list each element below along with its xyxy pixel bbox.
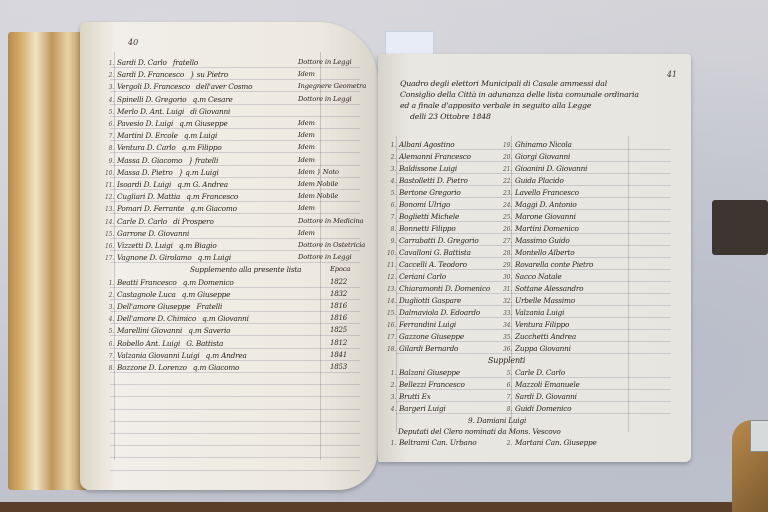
entry-number: 6.: [100, 340, 114, 349]
entry-name: Dell'amore Giuseppe: [117, 302, 190, 311]
list-item: 8.Ventura D. Carlo q.m Filippo: [100, 143, 300, 153]
list-item: 5.Bertone Gregorio: [382, 188, 507, 198]
entry-number: 3.: [100, 83, 114, 92]
entry-detail: } fratelli: [186, 156, 218, 165]
entry-number: 34.: [498, 321, 512, 330]
entry-detail: q.m Giovanni: [200, 314, 249, 323]
list-item: 10.Cavalloni G. Battista: [382, 248, 507, 258]
entry-number: 23.: [498, 189, 512, 198]
entry-name: Bozzone D. Lorenzo: [117, 363, 187, 372]
entry-name: Martini D. Ercole: [117, 131, 178, 140]
entry-name: Valzania Giovanni Luigi: [117, 351, 200, 360]
list-item: 35.Zucchetti Andrea: [498, 332, 623, 342]
entry-name: Marone Giovanni: [515, 212, 576, 221]
entry-number: 7.: [100, 132, 114, 141]
entry-detail: q.m Giacomo: [188, 204, 236, 213]
entry-detail: q.m Filippo: [180, 143, 222, 152]
ruled-line: [110, 396, 360, 397]
entry-number: 30.: [498, 273, 512, 282]
list-item: 15.Dalmaviola D. Edoardo: [382, 308, 507, 318]
entry-title: Idem: [298, 119, 315, 128]
entry-name: Bellezzi Francesco: [399, 380, 465, 389]
list-item: 16.Ferrandini Luigi: [382, 320, 507, 330]
list-item: 24.Maggi D. Antonio: [498, 200, 623, 210]
entry-name: Massa D. Pietro: [117, 168, 173, 177]
ruled-line: [110, 384, 360, 385]
page-number: 40: [128, 38, 138, 47]
entry-name: Sardi D. Giovanni: [515, 392, 577, 401]
entry-name: Albani Agostino: [399, 140, 454, 149]
entry-name: Ceriani Carlo: [399, 272, 446, 281]
list-item: 36.Zuppa Giovanni: [498, 344, 623, 354]
metal-clip: [750, 420, 768, 452]
entry-number: 24.: [498, 201, 512, 210]
entry-detail: q.m Domenico: [181, 278, 234, 287]
list-item: 25.Marone Giovanni: [498, 212, 623, 222]
entry-number: 5.: [382, 189, 396, 198]
title-line: Consiglio della Città in adunanza delle …: [400, 89, 670, 100]
entry-number: 8.: [100, 144, 114, 153]
entry-number: 7.: [382, 213, 396, 222]
list-item: 15.Garrone D. Giovanni: [100, 229, 300, 239]
entry-number: 21.: [498, 165, 512, 174]
list-item: 3.Dell'amore Giuseppe Fratelli: [100, 302, 310, 312]
entry-name: Ghinamo Nicola: [515, 140, 572, 149]
entry-number: 6.: [498, 381, 512, 390]
entry-number: 12.: [382, 273, 396, 282]
entry-name: Dugliotti Gaspare: [399, 296, 461, 305]
ruled-line: [110, 433, 360, 434]
list-item: 5.Marellini Giovanni q.m Saverio: [100, 326, 310, 336]
entry-detail: } su Pietro: [188, 70, 228, 79]
entry-name: Castagnole Luca: [117, 290, 176, 299]
right-page: 41 Quadro degli elettori Municipali di C…: [378, 54, 691, 462]
list-item: 1.Albani Agostino: [382, 140, 507, 150]
entry-number: 14.: [382, 297, 396, 306]
entry-number: 22.: [498, 177, 512, 186]
ruled-line: [110, 409, 360, 410]
entry-number: 11.: [100, 181, 114, 190]
entry-name: Beltrami Can. Urbano: [399, 438, 476, 447]
list-item: 2.Bellezzi Francesco: [382, 380, 507, 390]
list-item: 6.Mazzoli Emanuele: [498, 380, 623, 390]
ruled-line: [110, 457, 360, 458]
entry-name: Bonomi Ulrigo: [399, 200, 450, 209]
entry-number: 4.: [100, 96, 114, 105]
entry-detail: q.m Andrea: [204, 351, 247, 360]
entry-number: 12.: [100, 193, 114, 202]
list-item: 9.Massa D. Giacomo } fratelli: [100, 156, 300, 166]
entry-detail: q.m Luigi: [196, 253, 231, 262]
list-item: 1.Beltrami Can. Urbano: [382, 438, 507, 448]
entry-number: 3.: [100, 303, 114, 312]
entry-name: Beatti Francesco: [117, 278, 177, 287]
entry-year: 1822: [330, 278, 347, 287]
entry-name: Sacco Natale: [515, 272, 562, 281]
list-item: 11.Isoardi D. Luigi q.m G. Andrea: [100, 180, 300, 190]
entry-detail: G. Battista: [184, 339, 223, 348]
entry-number: 7.: [498, 393, 512, 402]
list-item: 22.Guida Placido: [498, 176, 623, 186]
entry-detail: di Giovanni: [188, 107, 230, 116]
entry-name: Vagnone D. Girolamo: [117, 253, 192, 262]
entry-name: Gilardi Bernardo: [399, 344, 458, 353]
entry-number: 20.: [498, 153, 512, 162]
list-item: 12.Cugliari D. Mattia q.m Francesco: [100, 192, 300, 202]
entry-name: Dalmaviola D. Edoardo: [399, 308, 480, 317]
list-item: 6.Robello Ant. Luigi G. Battista: [100, 339, 310, 349]
entry-year: 1841: [330, 351, 347, 360]
entry-name: Ferrandini Luigi: [399, 320, 456, 329]
entry-number: 2.: [498, 439, 512, 448]
entry-detail: } q.m Luigi: [177, 168, 219, 177]
entry-name: Maggi D. Antonio: [515, 200, 577, 209]
list-item: 6.Pavesio D. Luigi q.m Giuseppe: [100, 119, 300, 129]
entry-name: Bertone Gregorio: [399, 188, 461, 197]
list-item: 1.Balzani Giuseppe: [382, 368, 507, 378]
list-item: 23.Lavello Francesco: [498, 188, 623, 198]
entry-year: 1816: [330, 314, 347, 323]
entry-name: Gioanini D. Giovanni: [515, 164, 587, 173]
entry-number: 29.: [498, 261, 512, 270]
entry-number: 8.: [100, 364, 114, 373]
entry-name: Sardi D. Francesco: [117, 70, 184, 79]
list-item: 6.Bonomi Ulrigo: [382, 200, 507, 210]
entry-name: Vergoli D. Francesco: [117, 82, 190, 91]
list-item: 7.Valzania Giovanni Luigi q.m Andrea: [100, 351, 310, 361]
entry-name: Alemanni Francesco: [399, 152, 471, 161]
entry-number: 1.: [100, 59, 114, 68]
entry-number: 32.: [498, 297, 512, 306]
list-item: 14.Carle D. Carlo di Prospero: [100, 217, 300, 227]
list-item: 3.Vergoli D. Francesco dell'aver Cosmo: [100, 82, 300, 92]
entry-number: 5.: [498, 369, 512, 378]
left-page: 40 1.Sardi D. Carlo fratelloDottore in L…: [80, 22, 378, 490]
entry-number: 1.: [382, 439, 396, 448]
clergy-heading: Deputati del Clero nominati da Mons. Ves…: [398, 427, 561, 436]
entry-name: Balzani Giuseppe: [399, 368, 460, 377]
entry-number: 7.: [100, 352, 114, 361]
entry-number: 27.: [498, 237, 512, 246]
entry-number: 4.: [100, 315, 114, 324]
entry-name: Pavesio D. Luigi: [117, 119, 173, 128]
entry-name: Guidi Domenico: [515, 404, 571, 413]
list-item: 4.Dell'amore D. Chimico q.m Giovanni: [100, 314, 310, 324]
entry-number: 15.: [100, 230, 114, 239]
entry-number: 2.: [100, 291, 114, 300]
entry-number: 15.: [382, 309, 396, 318]
list-item: 7.Boglietti Michele: [382, 212, 507, 222]
entry-number: 4.: [382, 405, 396, 414]
entry-number: 2.: [382, 381, 396, 390]
list-item: 17.Gazzone Giuseppe: [382, 332, 507, 342]
list-item: 7.Martini D. Ercole q.m Luigi: [100, 131, 300, 141]
entry-title: Idem: [298, 143, 315, 152]
entry-number: 19.: [498, 141, 512, 150]
supplement-heading: Supplemento alla presente lista: [190, 265, 301, 274]
list-item: 1.Sardi D. Carlo fratello: [100, 58, 300, 68]
entry-name: Dell'amore D. Chimico: [117, 314, 196, 323]
list-item: 9.Carrabatti D. Gregorio: [382, 236, 507, 246]
entry-name: Caccelli A. Teodoro: [399, 260, 467, 269]
list-item: 1.Beatti Francesco q.m Domenico: [100, 278, 310, 288]
entry-title: Dottore in Medicina: [298, 217, 363, 226]
entry-name: Giorgi Giovanni: [515, 152, 570, 161]
entry-name: Montello Alberto: [515, 248, 574, 257]
list-item: 7.Sardi D. Giovanni: [498, 392, 623, 402]
list-item: 8.Guidi Domenico: [498, 404, 623, 414]
entry-name: Sardi D. Carlo: [117, 58, 167, 67]
entry-detail: q.m Giacomo: [191, 363, 239, 372]
entry-number: 5.: [100, 327, 114, 336]
entry-number: 2.: [100, 71, 114, 80]
entry-number: 36.: [498, 345, 512, 354]
entry-name: Boglietti Michele: [399, 212, 459, 221]
entry-detail: q.m Giuseppe: [177, 119, 228, 128]
list-item: 8.Bonnetti Filippo: [382, 224, 507, 234]
entry-name: Martani Can. Giuseppe: [515, 438, 597, 447]
title-line: ed a finale d'apposito verbale in seguit…: [400, 100, 670, 111]
entry-year: 1825: [330, 326, 347, 335]
list-item: 16.Vizzetti D. Luigi q.m Biagio: [100, 241, 300, 251]
entry-name: Gazzone Giuseppe: [399, 332, 464, 341]
entry-detail: dell'aver Cosmo: [194, 82, 252, 91]
entry-number: 13.: [100, 205, 114, 214]
supplement-heading: Supplenti: [488, 356, 525, 365]
entry-number: 1.: [382, 369, 396, 378]
entry-number: 16.: [382, 321, 396, 330]
list-item: 33.Valzania Luigi: [498, 308, 623, 318]
entry-number: 11.: [382, 261, 396, 270]
entry-title: Idem } Noto: [298, 168, 339, 177]
entry-name: Brutti Ex: [399, 392, 431, 401]
entry-detail: Fratelli: [194, 302, 222, 311]
entry-number: 1.: [100, 279, 114, 288]
entry-name: Cavalloni G. Battista: [399, 248, 471, 257]
entry-name: Pomari D. Ferrante: [117, 204, 184, 213]
dark-weight-block: [712, 200, 768, 255]
table-edge: [0, 502, 768, 512]
list-item: 2.Martani Can. Giuseppe: [498, 438, 658, 448]
entry-name: Zucchetti Andrea: [515, 332, 576, 341]
entry-name: Bastolletti D. Pietro: [399, 176, 468, 185]
entry-title: Idem: [298, 204, 315, 213]
list-item: 4.Bargeri Luigi: [382, 404, 507, 414]
entry-title: Idem Nobile: [298, 192, 338, 201]
entry-name: Zuppa Giovanni: [515, 344, 571, 353]
list-item: 30.Sacco Natale: [498, 272, 623, 282]
entry-name: Massa D. Giacomo: [117, 156, 182, 165]
entry-number: 3.: [382, 165, 396, 174]
entry-detail: q.m Cesare: [191, 95, 233, 104]
entry-number: 9.: [382, 237, 396, 246]
list-item: 26.Martini Domenico: [498, 224, 623, 234]
entry-number: 3.: [382, 393, 396, 402]
entry-title: Dottore in Ostetricia: [298, 241, 365, 250]
list-item: 3.Baldissone Luigi: [382, 164, 507, 174]
list-item: 2.Sardi D. Francesco } su Pietro: [100, 70, 300, 80]
ruled-line: [110, 421, 360, 422]
entry-number: 10.: [100, 169, 114, 178]
list-item: 5.Merlo D. Ant. Luigi di Giovanni: [100, 107, 300, 117]
list-item: 4.Spinelli D. Gregorio q.m Cesare: [100, 95, 300, 105]
entry-title: Idem: [298, 229, 315, 238]
list-item: 13.Pomari D. Ferrante q.m Giacomo: [100, 204, 300, 214]
entry-title: Dottore in Leggi: [298, 95, 351, 104]
entry-title: Ingegnere Geometra: [298, 82, 366, 91]
entry-number: 5.: [100, 108, 114, 117]
list-item: 5.Carle D. Carlo: [498, 368, 623, 378]
epoch-heading: Epoca: [330, 265, 350, 274]
entry-name: Mazzoli Emanuele: [515, 380, 580, 389]
list-item: 29.Rovarella conte Pietro: [498, 260, 623, 270]
entry-detail: q.m Francesco: [184, 192, 238, 201]
entry-number: 17.: [100, 254, 114, 263]
entry-number: 18.: [382, 345, 396, 354]
entry-name: Ventura Filippo: [515, 320, 569, 329]
entry-name: Robello Ant. Luigi: [117, 339, 180, 348]
entry-number: 35.: [498, 333, 512, 342]
list-item: 32.Urbelle Massimo: [498, 296, 623, 306]
list-item: 27.Massimo Guido: [498, 236, 623, 246]
entry-name: Vizzetti D. Luigi: [117, 241, 173, 250]
entry-detail: q.m Giuseppe: [180, 290, 231, 299]
entry-year: 1832: [330, 290, 347, 299]
entry-name: Garrone D. Giovanni: [117, 229, 189, 238]
entry-name: Lavello Francesco: [515, 188, 579, 197]
column-line: [628, 136, 629, 432]
entry-year: 1853: [330, 363, 347, 372]
entry-title: Idem: [298, 131, 315, 140]
list-item: 19.Ghinamo Nicola: [498, 140, 623, 150]
entry-name: Chiaramonti D. Domenico: [399, 284, 490, 293]
entry-year: 1816: [330, 302, 347, 311]
entry-number: 9.: [100, 157, 114, 166]
entry-name: Martini Domenico: [515, 224, 579, 233]
entry-detail: di Prospero: [171, 217, 214, 226]
entry-name: Rovarella conte Pietro: [515, 260, 593, 269]
entry-title: Idem Nobile: [298, 180, 338, 189]
entry-name: Sottane Alessandro: [515, 284, 583, 293]
entry-name: Merlo D. Ant. Luigi: [117, 107, 184, 116]
list-item: 21.Gioanini D. Giovanni: [498, 164, 623, 174]
entry-name: Isoardi D. Luigi: [117, 180, 171, 189]
title-line: delli 23 Ottobre 1848: [400, 111, 670, 122]
entry-number: 13.: [382, 285, 396, 294]
title-line: Quadro degli elettori Municipali di Casa…: [400, 78, 670, 89]
entry-name: Urbelle Massimo: [515, 296, 575, 305]
list-item: 28.Montello Alberto: [498, 248, 623, 258]
entry-name: Guida Placido: [515, 176, 564, 185]
entry-name: Baldissone Luigi: [399, 164, 457, 173]
list-item: 8.Bozzone D. Lorenzo q.m Giacomo: [100, 363, 310, 373]
list-item: 12.Ceriani Carlo: [382, 272, 507, 282]
extra-entry: 9. Damiani Luigi: [468, 416, 526, 425]
entry-number: 4.: [382, 177, 396, 186]
entry-name: Carle D. Carlo: [117, 217, 167, 226]
entry-title: Dottore in Leggi: [298, 58, 351, 67]
entry-number: 8.: [382, 225, 396, 234]
entry-name: Cugliari D. Mattia: [117, 192, 180, 201]
entry-detail: q.m Luigi: [182, 131, 217, 140]
ruled-line: [110, 445, 360, 446]
entry-name: Marellini Giovanni: [117, 326, 182, 335]
entry-number: 28.: [498, 249, 512, 258]
list-item: 13.Chiaramonti D. Domenico: [382, 284, 507, 294]
entry-number: 25.: [498, 213, 512, 222]
entry-name: Bonnetti Filippo: [399, 224, 456, 233]
entry-name: Carle D. Carlo: [515, 368, 565, 377]
entry-number: 6.: [382, 201, 396, 210]
entry-detail: q.m Saverio: [186, 326, 230, 335]
entry-number: 1.: [382, 141, 396, 150]
entry-name: Ventura D. Carlo: [117, 143, 176, 152]
list-item: 18.Gilardi Bernardo: [382, 344, 507, 354]
page-title: Quadro degli elettori Municipali di Casa…: [400, 78, 670, 122]
entry-detail: fratello: [171, 58, 198, 67]
entry-name: Valzania Luigi: [515, 308, 564, 317]
entry-name: Carrabatti D. Gregorio: [399, 236, 479, 245]
list-item: 2.Castagnole Luca q.m Giuseppe: [100, 290, 310, 300]
list-item: 17.Vagnone D. Girolamo q.m Luigi: [100, 253, 300, 263]
entry-detail: q.m G. Andrea: [175, 180, 228, 189]
entry-title: Dottore in Leggi: [298, 253, 351, 262]
entry-number: 14.: [100, 218, 114, 227]
entry-title: Idem: [298, 156, 315, 165]
ruled-line: [110, 470, 360, 471]
list-item: 20.Giorgi Giovanni: [498, 152, 623, 162]
list-item: 3.Brutti Ex: [382, 392, 507, 402]
entry-number: 33.: [498, 309, 512, 318]
entry-number: 6.: [100, 120, 114, 129]
entry-number: 26.: [498, 225, 512, 234]
list-item: 31.Sottane Alessandro: [498, 284, 623, 294]
book-spine-edge: [8, 32, 88, 490]
entry-year: 1812: [330, 339, 347, 348]
entry-number: 17.: [382, 333, 396, 342]
list-item: 14.Dugliotti Gaspare: [382, 296, 507, 306]
entry-number: 31.: [498, 285, 512, 294]
list-item: 4.Bastolletti D. Pietro: [382, 176, 507, 186]
entry-name: Massimo Guido: [515, 236, 570, 245]
entry-number: 8.: [498, 405, 512, 414]
entry-number: 16.: [100, 242, 114, 251]
list-item: 11.Caccelli A. Teodoro: [382, 260, 507, 270]
entry-detail: q.m Biagio: [177, 241, 217, 250]
list-item: 2.Alemanni Francesco: [382, 152, 507, 162]
entry-name: Spinelli D. Gregorio: [117, 95, 187, 104]
entry-number: 2.: [382, 153, 396, 162]
list-item: 10.Massa D. Pietro } q.m Luigi: [100, 168, 300, 178]
entry-name: Bargeri Luigi: [399, 404, 446, 413]
list-item: 34.Ventura Filippo: [498, 320, 623, 330]
entry-number: 10.: [382, 249, 396, 258]
entry-title: Idem: [298, 70, 315, 79]
